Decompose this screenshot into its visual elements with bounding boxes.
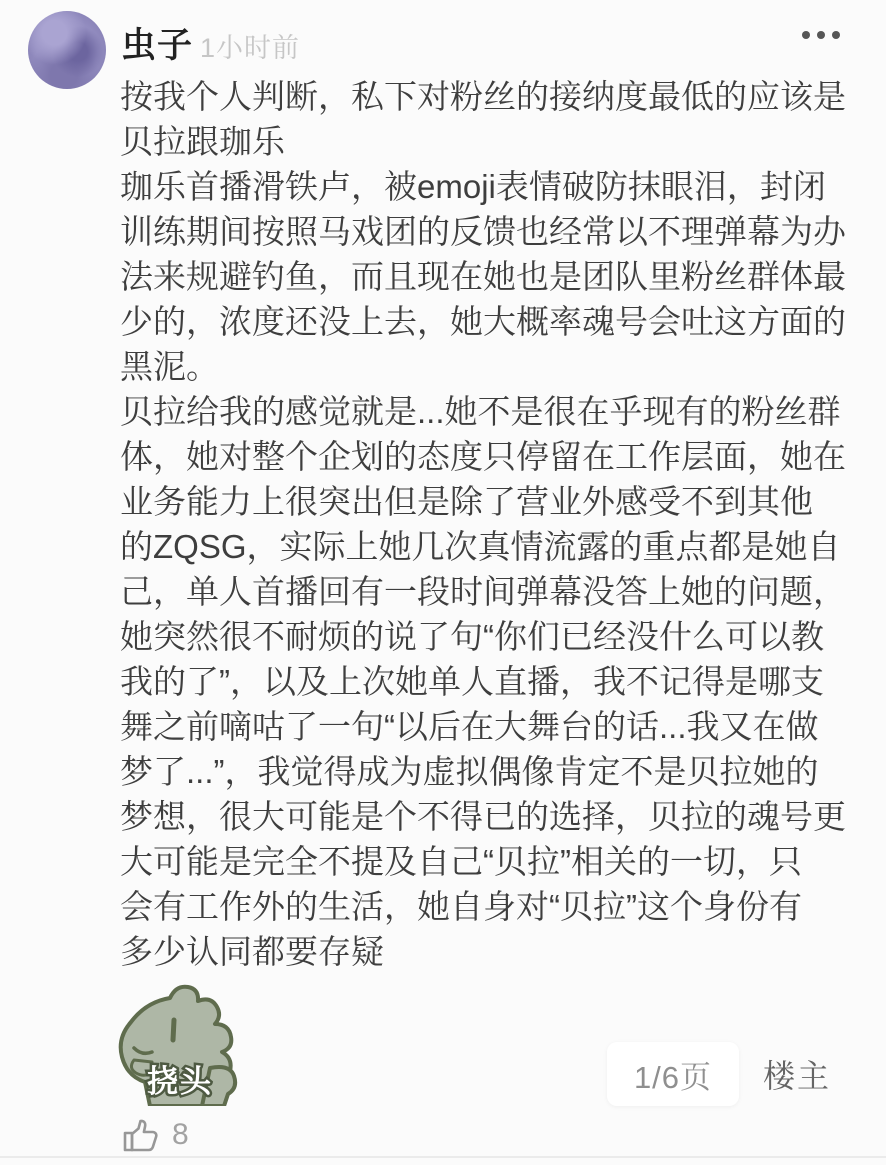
divider: [0, 1156, 886, 1158]
post-text-line: 梦想，很大可能是个不得已的选择，贝拉的魂号更: [120, 794, 860, 839]
pagination-button[interactable]: 1/6页: [607, 1042, 739, 1106]
post-text-line: 体，她对整个企划的态度只停留在工作层面，她在: [120, 434, 860, 479]
post-text-line: 大可能是完全不提及自己“贝拉”相关的一切，只: [120, 839, 860, 884]
dot-icon: [817, 31, 825, 39]
post-text-line: 珈乐首播滑铁卢，被emoji表情破防抹眼泪，封闭: [120, 164, 860, 209]
post-text-line: 少的，浓度还没上去，她大概率魂号会吐这方面的: [120, 299, 860, 344]
dino-sticker-image[interactable]: 挠头: [114, 982, 252, 1106]
sticker-caption: 挠头: [147, 1064, 213, 1099]
post-text-line: 贝拉跟珈乐: [120, 119, 860, 164]
post-text-line: 会有工作外的生活，她自身对“贝拉”这个身份有: [120, 884, 860, 929]
author-name[interactable]: 虫子: [121, 18, 193, 68]
avatar[interactable]: [28, 11, 106, 89]
more-options-button[interactable]: [802, 31, 840, 39]
post-text-line: 舞之前嘀咕了一句“以后在大舞台的话...我又在做: [120, 704, 860, 749]
post-text-line: 贝拉给我的感觉就是...她不是很在乎现有的粉丝群: [120, 389, 860, 434]
post-text-line: 我的了”，以及上次她单人直播，我不记得是哪支: [120, 659, 860, 704]
post-text-line: 业务能力上很突出但是除了营业外感受不到其他: [120, 479, 860, 524]
like-count: 8: [172, 1118, 189, 1152]
op-filter-button[interactable]: 楼主: [763, 1042, 831, 1106]
like-button[interactable]: 8: [118, 1112, 189, 1158]
dot-icon: [832, 31, 840, 39]
post-text-line: 法来规避钓鱼，而且现在她也是团队里粉丝群体最: [120, 254, 860, 299]
post-text-line: 黑泥。: [120, 344, 860, 389]
post-text-line: 多少认同都要存疑: [120, 929, 860, 974]
post-timestamp: 1小时前: [200, 26, 300, 65]
post-body-text: 按我个人判断，私下对粉丝的接纳度最低的应该是 贝拉跟珈乐 珈乐首播滑铁卢，被em…: [120, 74, 860, 974]
post-text-line: 己，单人首播回有一段时间弹幕没答上她的问题，: [120, 569, 860, 614]
post-text-line: 的ZQSG，实际上她几次真情流露的重点都是她自: [120, 524, 860, 569]
post-text-line: 按我个人判断，私下对粉丝的接纳度最低的应该是: [120, 74, 860, 119]
post-text-line: 她突然很不耐烦的说了句“你们已经没什么可以教: [120, 614, 860, 659]
post-text-line: 梦了...”，我觉得成为虚拟偶像肯定不是贝拉她的: [120, 749, 860, 794]
forum-post: 虫子 1小时前 按我个人判断，私下对粉丝的接纳度最低的应该是 贝拉跟珈乐 珈乐首…: [0, 0, 886, 1165]
thumbs-up-icon: [118, 1114, 160, 1156]
post-text-line: 训练期间按照马戏团的反馈也经常以不理弹幕为办: [120, 209, 860, 254]
dot-icon: [802, 31, 810, 39]
